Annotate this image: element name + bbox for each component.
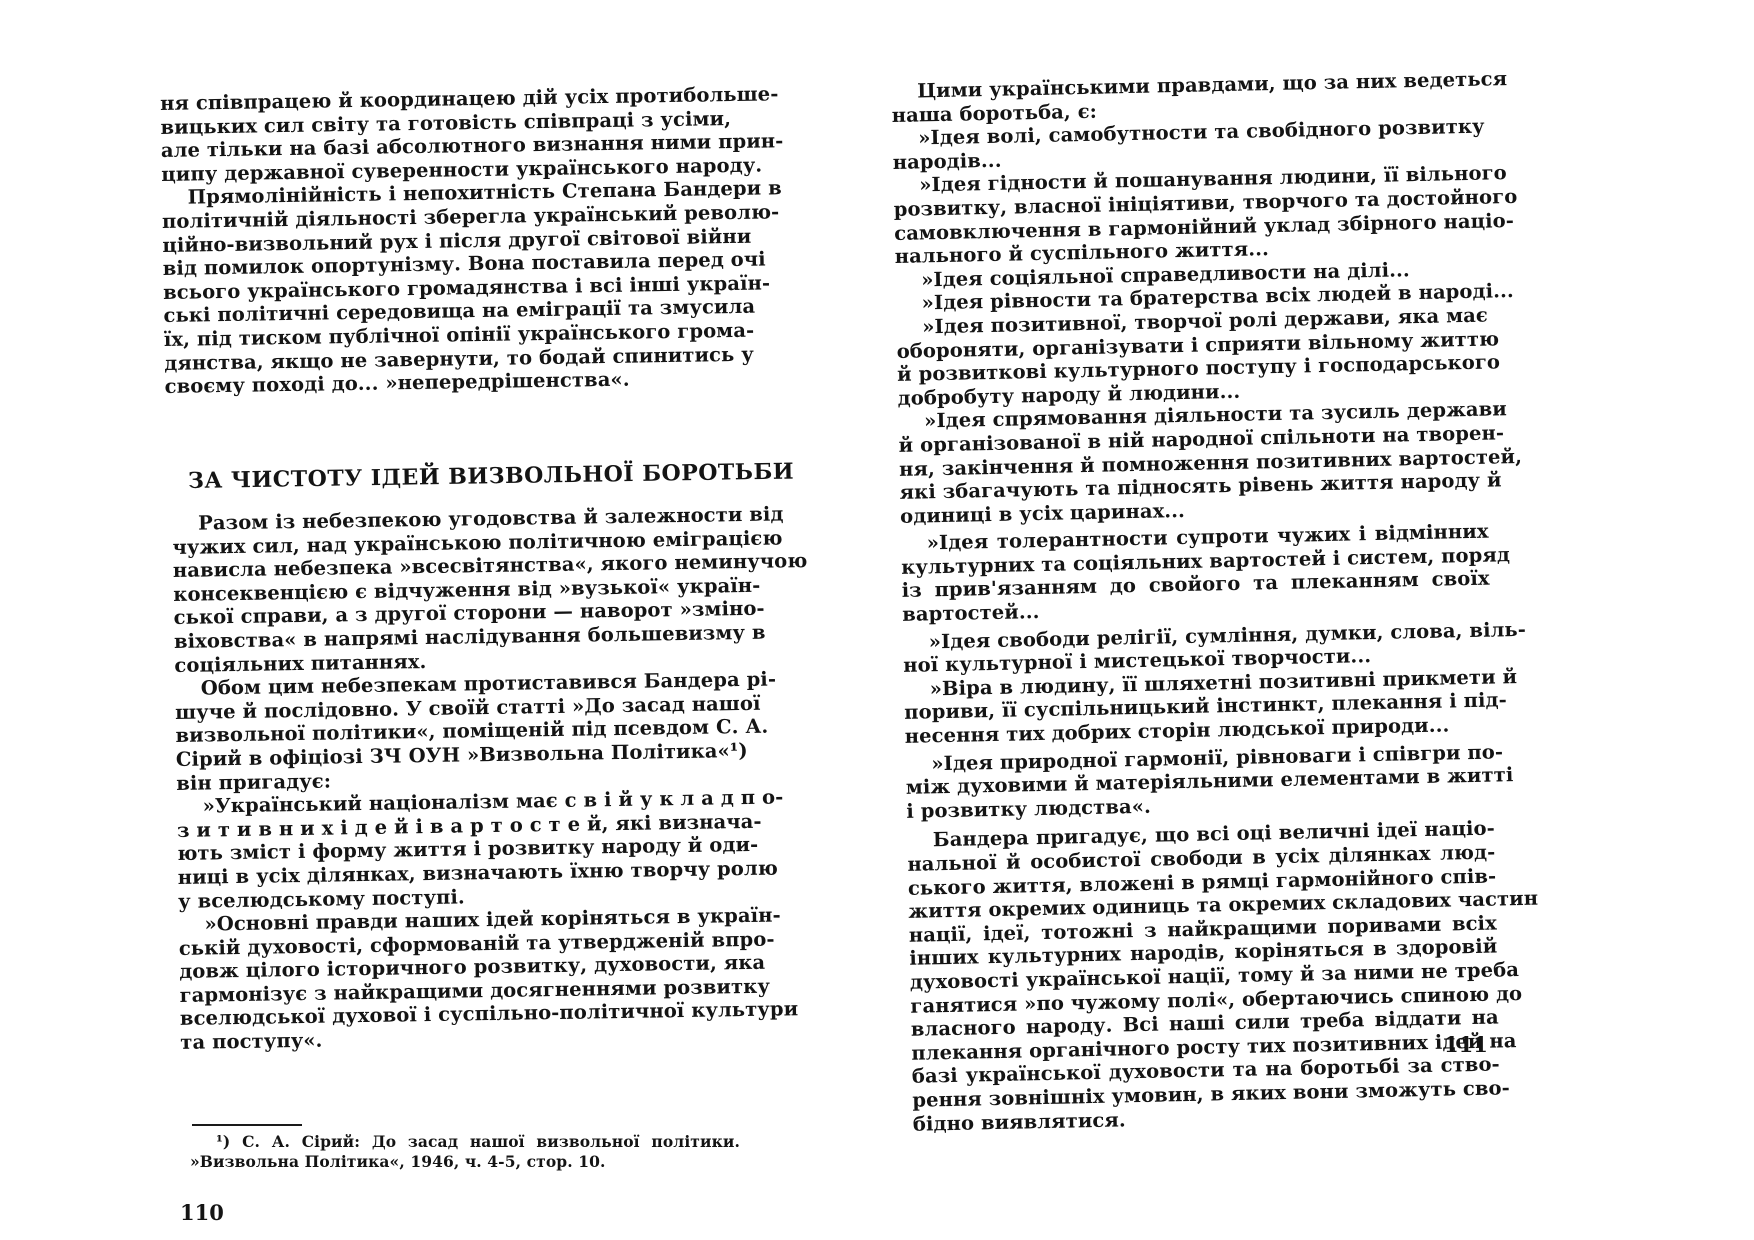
footnote-line: ¹) С. А. Сірий: До засад нашої визвольно… bbox=[190, 1132, 740, 1152]
body-paragraphs: Разом із небезпекою угодовства й залежно… bbox=[172, 503, 740, 1054]
ideas-list: Цими українськими правдами, що за них ве… bbox=[891, 68, 1501, 1136]
footnote-line: »Визвольна Політика«, 1946, ч. 4-5, стор… bbox=[190, 1152, 740, 1172]
footnote: ¹) С. А. Сірий: До засад нашої визвольно… bbox=[190, 1132, 740, 1172]
footnote-divider bbox=[192, 1124, 302, 1126]
right-page: Цими українськими правдами, що за них ве… bbox=[877, 0, 1754, 1240]
continuation-paragraph: ня співпрацею й координацею дій усіх про… bbox=[160, 83, 730, 399]
left-page: ня співпрацею й координацею дій усіх про… bbox=[0, 0, 877, 1240]
page-number: 110 bbox=[180, 1200, 224, 1225]
section-heading: ЗА ЧИСТОТУ ІДЕЙ ВИЗВОЛЬНОЇ БОРОТЬБИ bbox=[188, 458, 794, 494]
page-number: 111 bbox=[1444, 1032, 1488, 1057]
